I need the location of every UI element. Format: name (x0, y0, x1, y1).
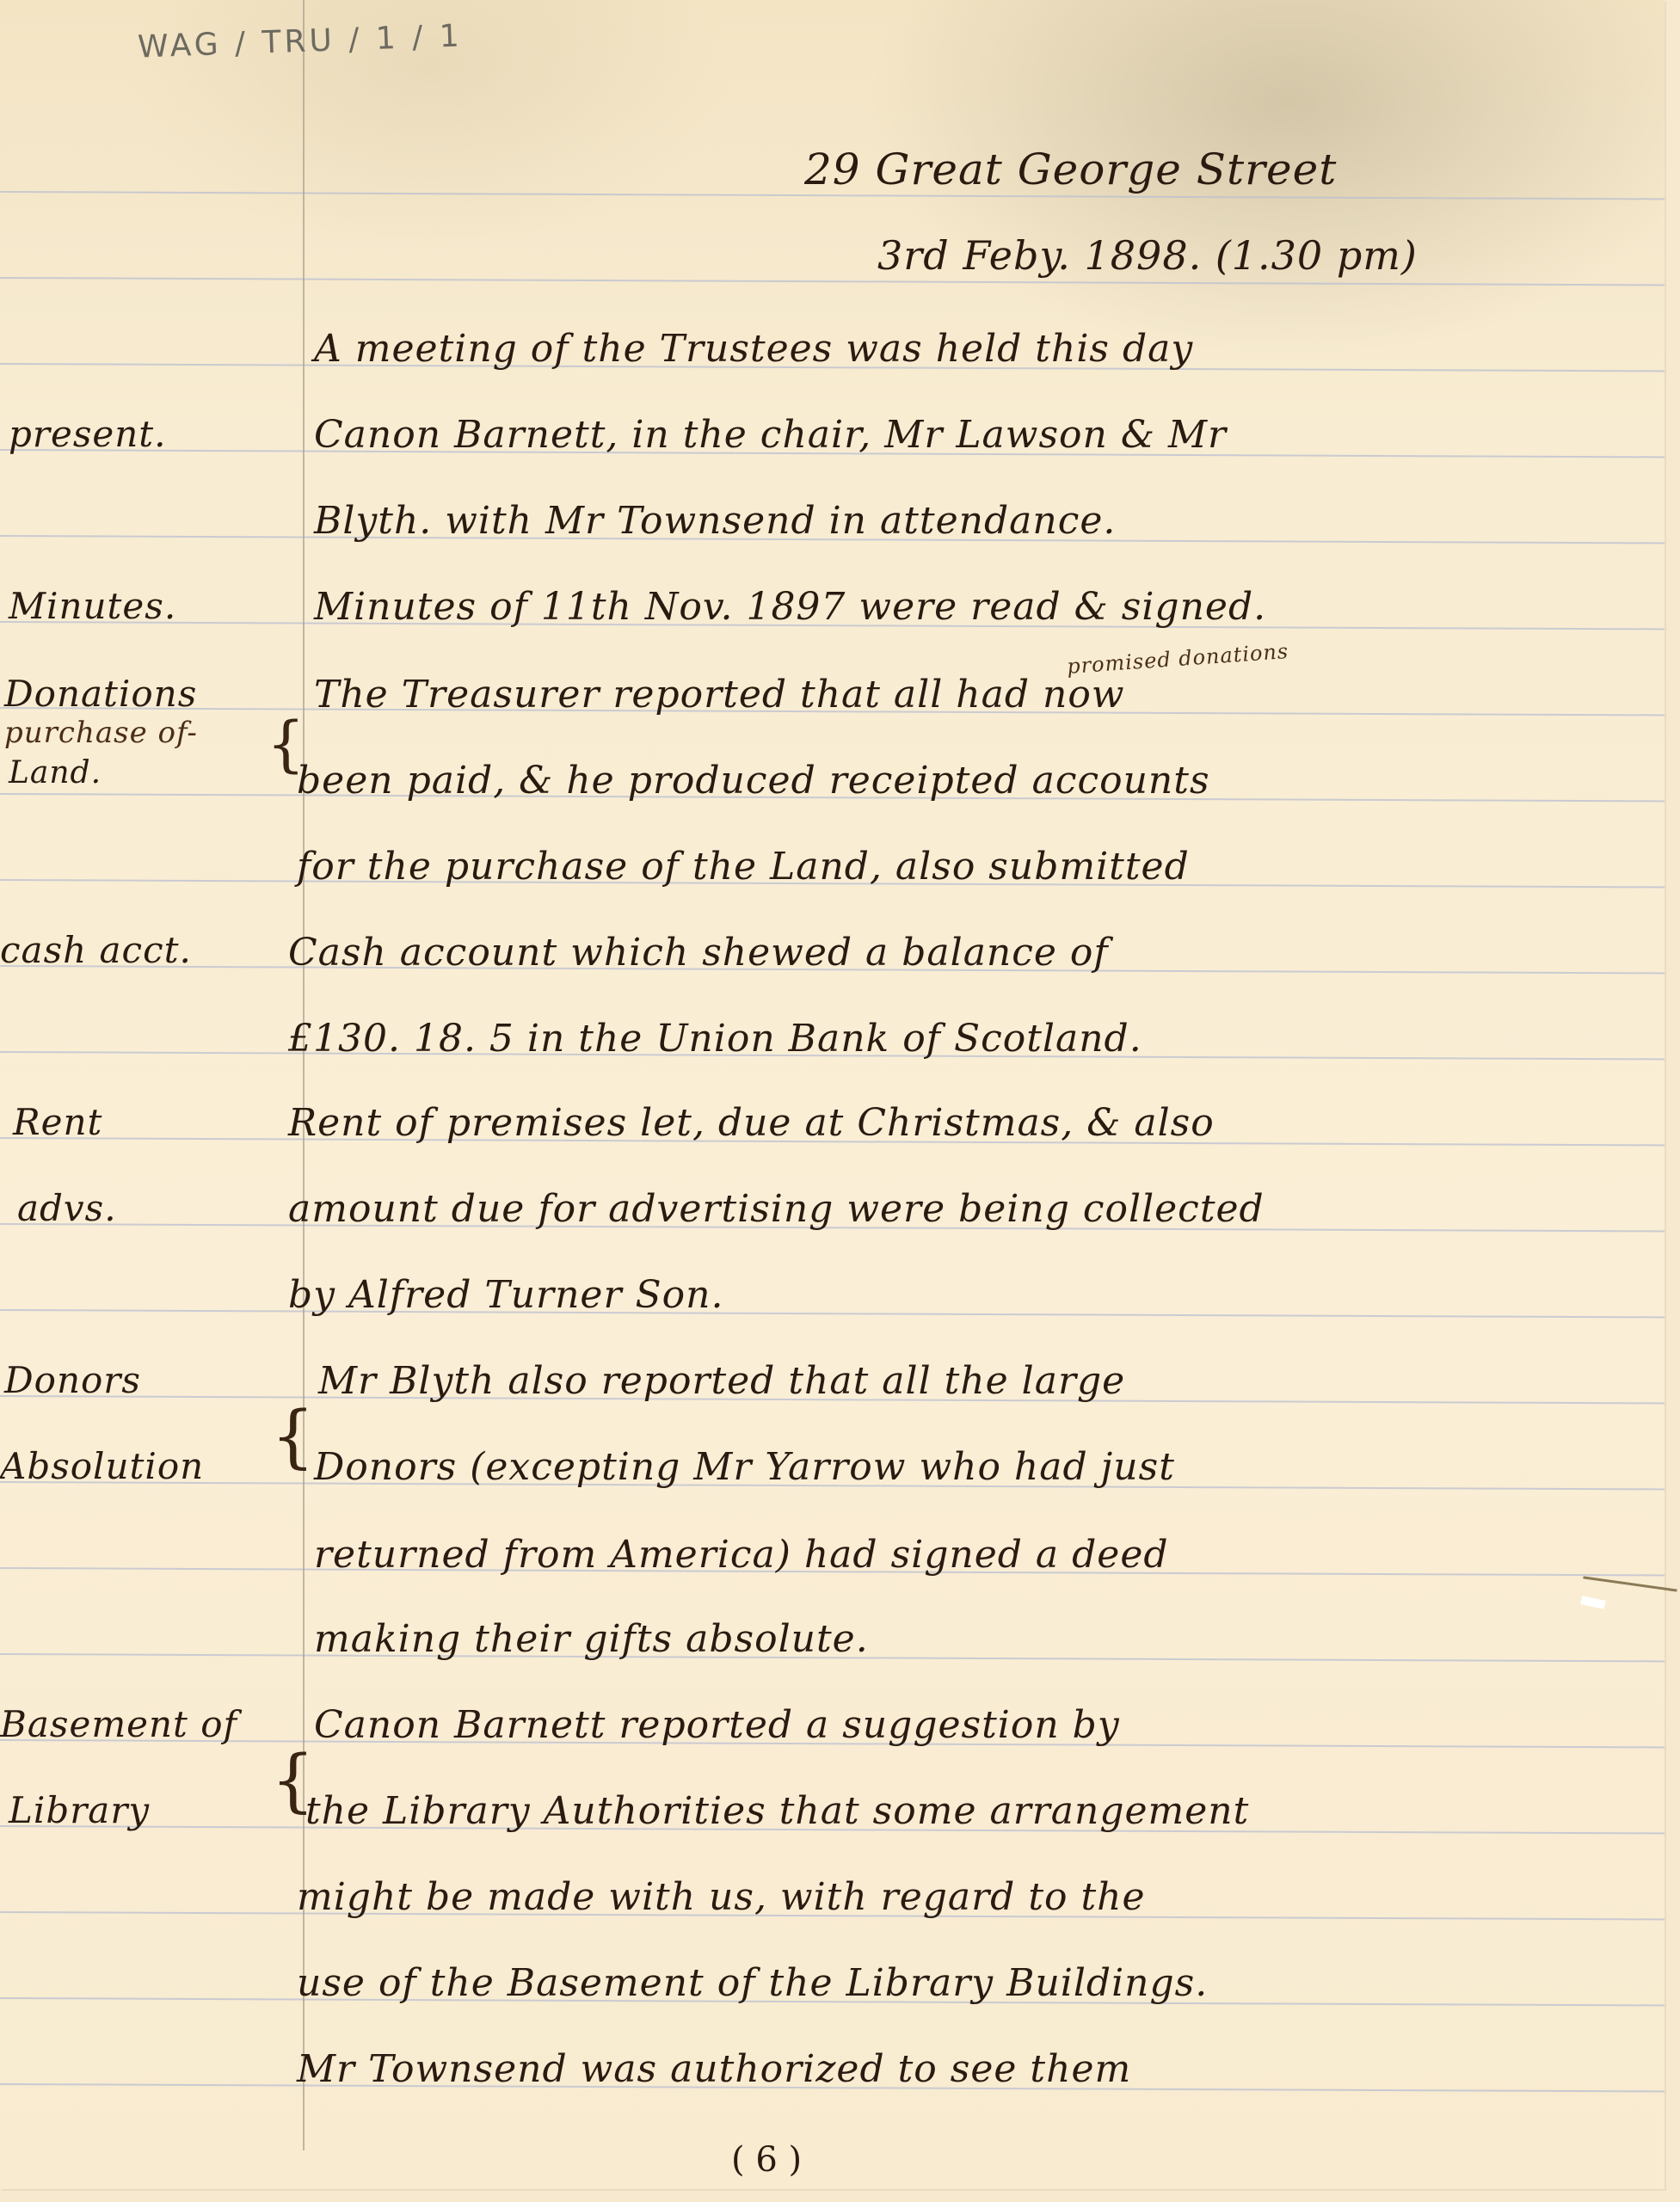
body-line: Rent of premises let, due at Christmas, … (288, 1101, 1215, 1145)
margin-note-land: Land. (9, 755, 102, 790)
body-line: might be made with us, with regard to th… (297, 1875, 1146, 1919)
body-line: returned from America) had signed a deed (314, 1533, 1169, 1577)
body-line: Mr Townsend was authorized to see them (297, 2047, 1131, 2091)
page-number: ( 6 ) (731, 2140, 802, 2180)
manuscript-page: WAG / TRU / 1 / 1 29 Great George Street… (0, 0, 1665, 2189)
margin-note-donors: Donors (4, 1359, 141, 1401)
margin-note-library: Library (9, 1789, 150, 1831)
body-line: £130. 18. 5 in the Union Bank of Scotlan… (288, 1017, 1142, 1061)
body-line: Canon Barnett, in the chair, Mr Lawson &… (314, 413, 1227, 457)
body-line: by Alfred Turner Son. (288, 1273, 723, 1317)
body-line: making their gifts absolute. (314, 1617, 869, 1661)
margin-note-basement-of: Basement of (0, 1703, 237, 1745)
body-line: Blyth. with Mr Townsend in attendance. (314, 499, 1116, 543)
body-line: the Library Authorities that some arrang… (305, 1789, 1249, 1833)
margin-note-present: present. (9, 413, 167, 455)
margin-note-advertisements: advs. (17, 1187, 117, 1229)
body-line: amount due for advertising were being co… (288, 1187, 1265, 1231)
paper-tear-gap (1580, 1596, 1605, 1609)
margin-note-absolution: Absolution (0, 1445, 204, 1487)
body-line: Cash account which shewed a balance of (288, 931, 1109, 975)
body-line: Canon Barnett reported a suggestion by (314, 1703, 1120, 1747)
body-line: The Treasurer reported that all had now (314, 673, 1125, 717)
paper-tear (1583, 1576, 1677, 1591)
archive-reference: WAG / TRU / 1 / 1 (137, 18, 463, 65)
margin-note-minutes: Minutes. (9, 585, 176, 627)
address-line: 29 Great George Street (804, 145, 1337, 194)
body-line: Mr Blyth also reported that all the larg… (318, 1359, 1125, 1403)
body-line: been paid, & he produced receipted accou… (297, 759, 1210, 803)
body-line: Minutes of 11th Nov. 1897 were read & si… (314, 585, 1266, 629)
body-line: A meeting of the Trustees was held this … (314, 327, 1193, 371)
body-line: for the purchase of the Land, also submi… (297, 845, 1190, 889)
margin-note-rent: Rent (13, 1101, 102, 1143)
brace-icon: { (271, 1402, 315, 1471)
margin-note-donations: Donations (4, 673, 197, 715)
ruled-line (0, 1309, 1665, 1318)
margin-rule (303, 0, 305, 2150)
margin-note-cash-account: cash acct. (0, 929, 192, 971)
date-line: 3rd Feby. 1898. (1.30 pm) (877, 232, 1418, 279)
body-line: Donors (excepting Mr Yarrow who had just (314, 1445, 1175, 1489)
body-line: use of the Basement of the Library Build… (297, 1961, 1208, 2005)
margin-note-purchase-of: purchase of- (4, 716, 198, 750)
